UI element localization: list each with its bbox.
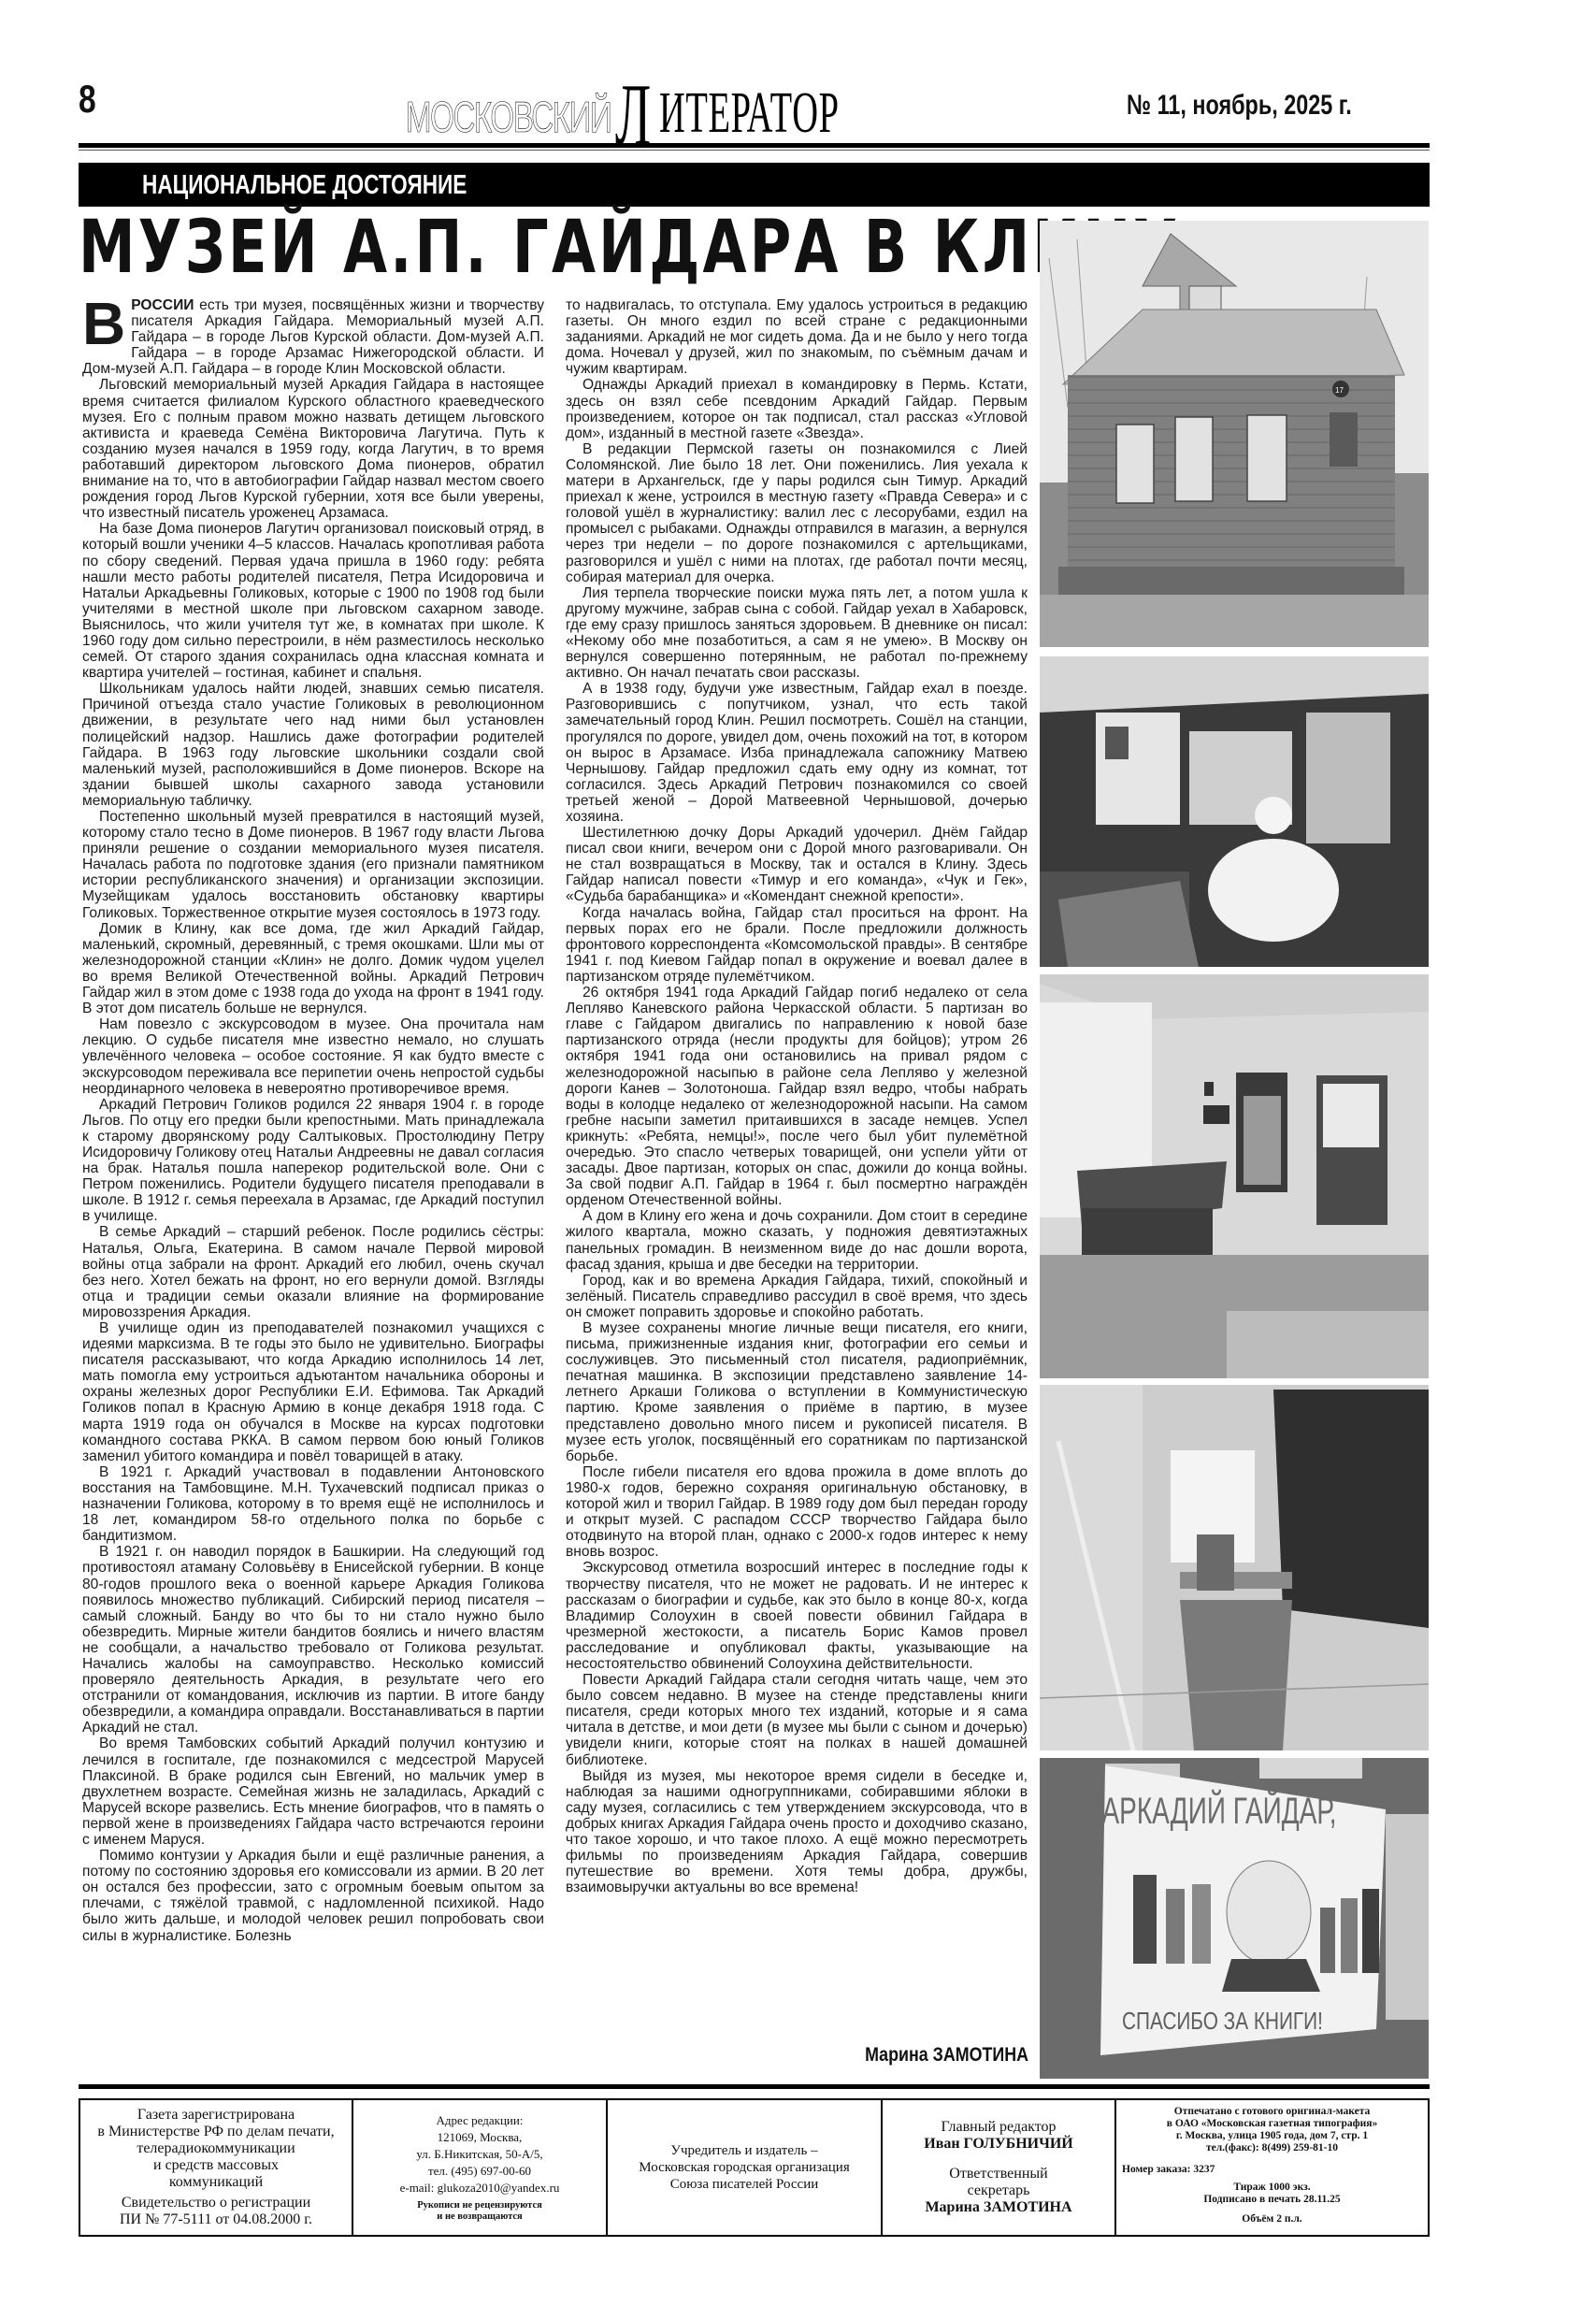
- svg-text:АРКАДИЙ ГАЙДАР,: АРКАДИЙ ГАЙДАР,: [1102, 1789, 1337, 1832]
- section-band: НАЦИОНАЛЬНОЕ ДОСТОЯНИЕ: [79, 163, 1430, 207]
- paragraph: Однажды Аркадий приехал в командировку в…: [566, 377, 1028, 440]
- paragraph: В училище один из преподавателей познако…: [82, 1320, 544, 1464]
- paragraph: 26 октября 1941 года Аркадий Гайдар поги…: [566, 985, 1028, 1208]
- masthead-literator: ИТЕРАТОР: [659, 84, 840, 142]
- paragraph: то надвигалась, то отступала. Ему удалос…: [566, 297, 1028, 377]
- paragraph: В музее сохранены многие личные вещи пис…: [566, 1320, 1028, 1464]
- header-rule-thin: [79, 150, 1430, 151]
- imprint-footer: Газета зарегистрирована в Министерстве Р…: [79, 2098, 1430, 2237]
- photo-exhibit-room: [1040, 656, 1429, 967]
- poster-illustration: АРКАДИЙ ГАЙДАР, СПАСИБО ЗА КНИГИ!: [1040, 1758, 1429, 2079]
- paragraph: Постепенно школьный музей превратился в …: [82, 809, 544, 921]
- print-info: Отпечатано с готового оригинал-макета в …: [1116, 2100, 1428, 2235]
- paragraph: Экскурсовод отметила возросший интерес в…: [566, 1560, 1028, 1672]
- paragraph: Лия терпела творческие поиски мужа пять …: [566, 585, 1028, 682]
- paragraph: Домик в Клину, как все дома, где жил Арк…: [82, 921, 544, 1017]
- paragraph: Нам повезло с экскурсоводом в музее. Она…: [82, 1016, 544, 1096]
- paragraph: Льговский мемориальный музей Аркадия Гай…: [82, 377, 544, 521]
- footer-rule: [79, 2084, 1430, 2089]
- lead-word: РОССИИ: [131, 297, 194, 313]
- svg-text:СПАСИБО ЗА КНИГИ!: СПАСИБО ЗА КНИГИ!: [1122, 2008, 1323, 2035]
- editorial-address: Адрес редакции: 121069, Москва, ул. Б.Ни…: [353, 2100, 608, 2235]
- paragraph: Повести Аркадий Гайдара стали сегодня чи…: [566, 1672, 1028, 1768]
- paragraph: А в 1938 году, будучи уже известным, Гай…: [566, 681, 1028, 825]
- paragraph: Шестилетнюю дочку Доры Аркадий удочерил.…: [566, 825, 1028, 904]
- paragraph: В семье Аркадий – старший ребенок. После…: [82, 1224, 544, 1320]
- drop-cap: В: [82, 299, 125, 348]
- photo-childrens-poster: АРКАДИЙ ГАЙДАР, СПАСИБО ЗА КНИГИ!: [1040, 1758, 1429, 2079]
- paragraph: Когда началась война, Гайдар стал просит…: [566, 905, 1028, 985]
- founder-info: Учредитель и издатель – Московская город…: [608, 2100, 883, 2235]
- paragraph: Выйдя из музея, мы некоторое время сидел…: [566, 1768, 1028, 1896]
- photo-house-exterior: 17: [1040, 221, 1429, 647]
- paragraph: Город, как и во времена Аркадия Гайдара,…: [566, 1273, 1028, 1320]
- paragraph: После гибели писателя его вдова прожила …: [566, 1464, 1028, 1561]
- article-column-2: то надвигалась, то отступала. Ему удалос…: [566, 297, 1028, 1895]
- paragraph: ВРОССИИ есть три музея, посвящённых жизн…: [82, 297, 544, 377]
- paragraph: Школьникам удалось найти людей, знавших …: [82, 681, 544, 809]
- paragraph: Аркадий Петрович Голиков родился 22 янва…: [82, 1097, 544, 1225]
- author-signature: Марина ЗАМОТИНА: [854, 2044, 1028, 2067]
- email-link[interactable]: e-mail: glukoza2010@yandex.ru: [359, 2180, 600, 2197]
- section-label: НАЦИОНАЛЬНОЕ ДОСТОЯНИЕ: [142, 170, 467, 201]
- article-headline: МУЗЕЙ А.П. ГАЙДАРА В КЛИНУ: [79, 211, 1180, 284]
- header-rule: [79, 143, 1430, 148]
- paragraph: В 1921 г. Аркадий участвовал в подавлени…: [82, 1464, 544, 1544]
- samovar-illustration: [1040, 1385, 1429, 1750]
- house-illustration: 17: [1040, 221, 1429, 647]
- exhibit-illustration: [1040, 656, 1429, 967]
- masthead-logo: МОСКОВСКИЙ Л ИТЕРАТОР: [393, 71, 1047, 153]
- paragraph: На базе Дома пионеров Лагутич организова…: [82, 521, 544, 681]
- masthead-moskovsky: МОСКОВСКИЙ: [406, 92, 611, 142]
- editors-info: Главный редактор Иван ГОЛУБНИЧИЙ Ответст…: [883, 2100, 1116, 2235]
- paragraph: В 1921 г. он наводил порядок в Башкирии.…: [82, 1544, 544, 1736]
- svg-text:17: 17: [1335, 386, 1344, 395]
- article-column-1: ВРОССИИ есть три музея, посвящённых жизн…: [82, 297, 544, 1944]
- page-number: 8: [79, 77, 96, 122]
- issue-info: № 11, ноябрь, 2025 г.: [1127, 90, 1352, 122]
- photo-study-room: [1040, 974, 1429, 1378]
- paragraph: А дом в Клину его жена и дочь сохранили.…: [566, 1208, 1028, 1272]
- paragraph: Помимо контузии у Аркадия были и ещё раз…: [82, 1848, 544, 1944]
- registration-info: Газета зарегистрирована в Министерстве Р…: [80, 2100, 353, 2235]
- study-illustration: [1040, 974, 1429, 1378]
- paragraph: В редакции Пермской газеты он познакомил…: [566, 441, 1028, 585]
- photo-samovar-room: [1040, 1385, 1429, 1750]
- paragraph: Во время Тамбовских событий Аркадий полу…: [82, 1736, 544, 1848]
